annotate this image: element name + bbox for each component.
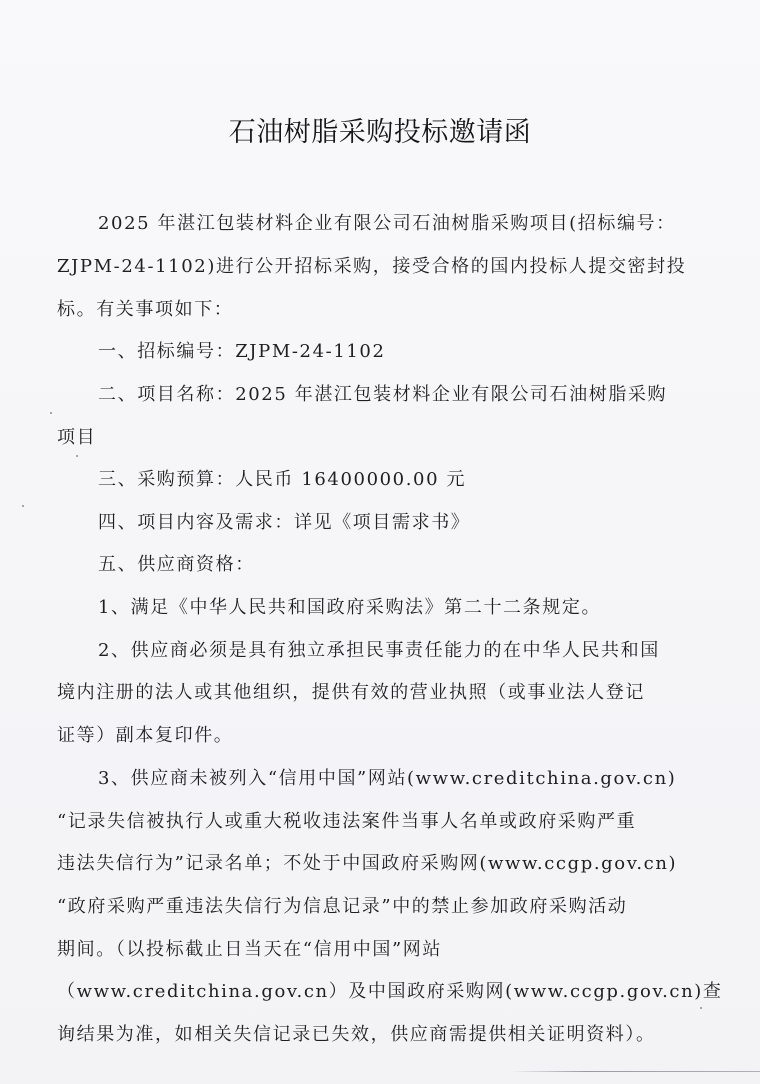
scan-speck	[700, 1007, 702, 1009]
item-tender-number: 一、招标编号：ZJPM-24-1102	[98, 340, 386, 364]
qualification-2-line-2: 境内注册的法人或其他组织，提供有效的营业执照（或事业法人登记	[57, 681, 645, 705]
item-content-requirements: 四、项目内容及需求：详见《项目需求书》	[98, 511, 470, 535]
qualification-3-line-6: （www.creditchina.gov.cn）及中国政府采购网(www.ccg…	[57, 980, 723, 1004]
item-project-name-line-2: 项目	[57, 426, 96, 450]
intro-paragraph-line-1: 2025 年湛江包装材料企业有限公司石油树脂采购项目(招标编号：	[98, 212, 676, 236]
intro-paragraph-line-3: 标。有关事项如下：	[57, 298, 233, 322]
scanned-document-page: 石油树脂采购投标邀请函 2025 年湛江包装材料企业有限公司石油树脂采购项目(招…	[0, 0, 760, 1084]
qualification-1: 1、满足《中华人民共和国政府采购法》第二十二条规定。	[98, 596, 601, 620]
scan-speck	[22, 505, 24, 507]
qualification-3-line-1: 3、供应商未被列入“信用中国”网站(www.creditchina.gov.cn…	[98, 767, 676, 791]
scan-speck	[50, 412, 52, 414]
qualification-2-line-3: 证等）副本复印件。	[57, 724, 233, 748]
intro-paragraph-line-2: ZJPM-24-1102)进行公开招标采购，接受合格的国内投标人提交密封投	[57, 255, 686, 279]
scan-speck	[76, 455, 78, 457]
document-title: 石油树脂采购投标邀请函	[0, 110, 760, 149]
qualification-3-line-5: 期间。（以投标截止日当天在“信用中国”网站	[57, 938, 442, 962]
scan-edge-line	[510, 1071, 760, 1072]
qualification-2-line-1: 2、供应商必须是具有独立承担民事责任能力的在中华人民共和国	[98, 639, 660, 663]
item-budget: 三、采购预算：人民币 16400000.00 元	[98, 468, 466, 492]
item-supplier-qualifications: 五、供应商资格：	[98, 553, 255, 577]
qualification-3-line-3: 违法失信行为”记录名单；不处于中国政府采购网(www.ccgp.gov.cn)	[57, 852, 677, 876]
qualification-3-line-2: “记录失信被执行人或重大税收违法案件当事人名单或政府采购严重	[57, 810, 636, 834]
qualification-3-line-7: 询结果为准，如相关失信记录已失效，供应商需提供相关证明资料）。	[57, 1023, 656, 1047]
qualification-3-line-4: “政府采购严重违法失信行为信息记录”中的禁止参加政府采购活动	[57, 895, 627, 919]
item-project-name-line-1: 二、项目名称：2025 年湛江包装材料企业有限公司石油树脂采购	[98, 383, 667, 407]
